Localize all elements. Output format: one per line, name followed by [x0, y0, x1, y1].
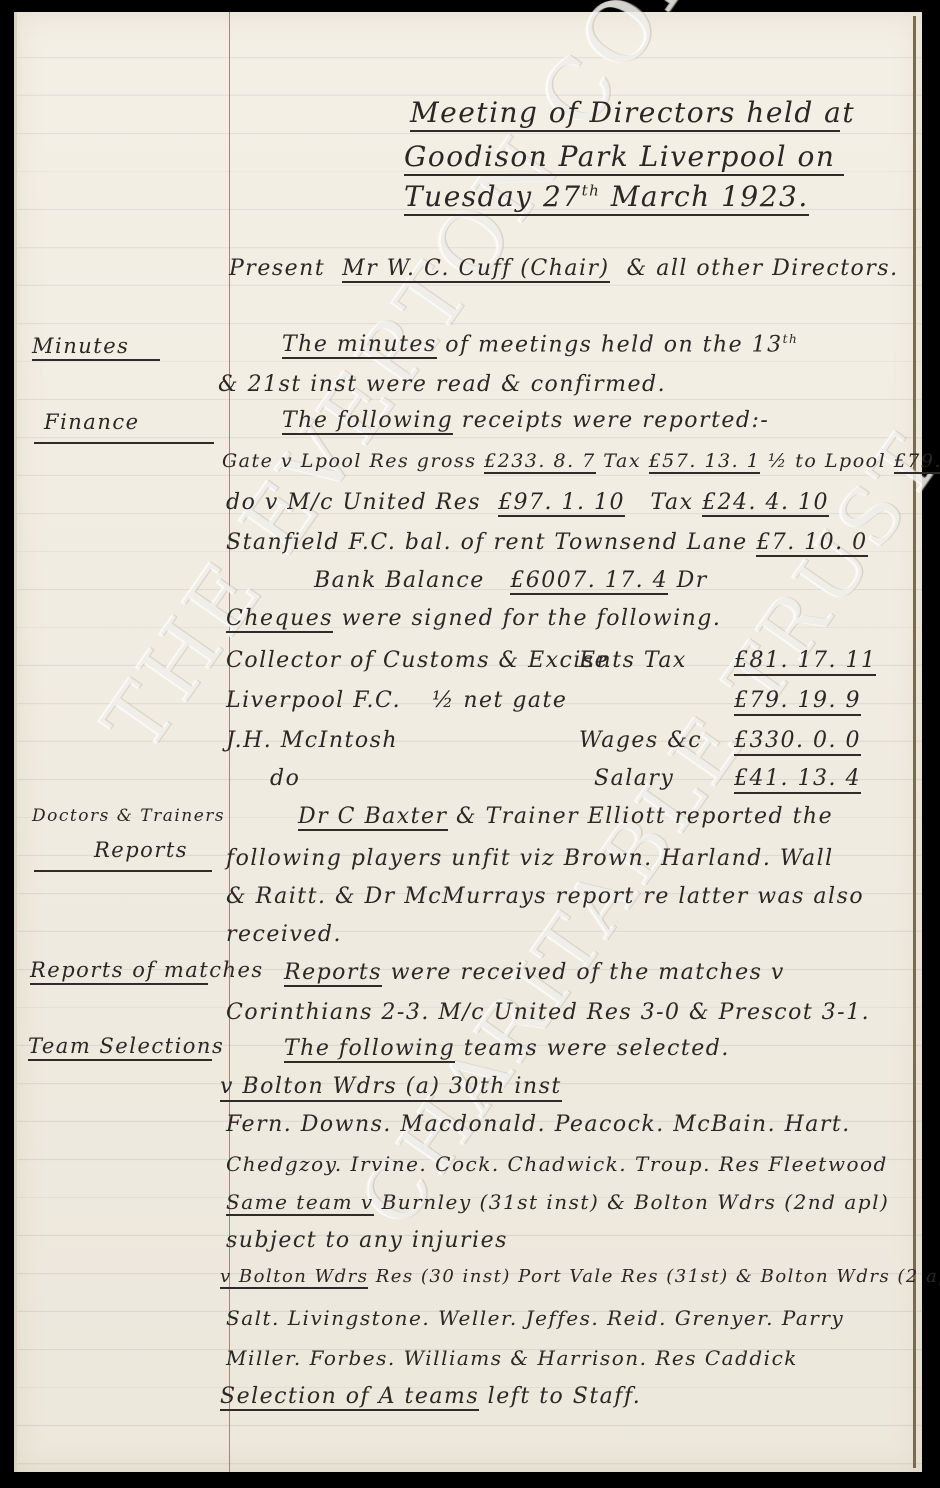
receipt-tax-label: Tax: [603, 450, 641, 472]
a-team-line: Selection of A teams left to Staff.: [220, 1384, 641, 1409]
first-team-line-2: Chedgzoy. Irvine. Cock. Chadwick. Troup.…: [226, 1152, 888, 1176]
margin-label-finance: Finance: [44, 410, 140, 434]
receipt-extra-label: ½ to Lpool: [768, 450, 886, 472]
receipt-text: Stanfield F.C. bal. of rent Townsend Lan…: [226, 530, 748, 555]
receipt-row: do v M/c United Res £97. 1. 10 Tax £24. …: [226, 490, 829, 515]
margin-label-doctors-reports: Reports: [94, 838, 188, 862]
cheque-purpose: Wages &c: [579, 728, 702, 753]
doctors-line-1-rest: & Trainer Elliott reported the: [456, 804, 833, 829]
present-chair: Mr W. C. Cuff (Chair): [342, 256, 609, 283]
bank-balance-amount: £6007. 17. 4: [510, 568, 668, 595]
margin-label-doctors-underline: [34, 870, 212, 872]
matches-results: Corinthians 2-3. M/c United Res 3-0 & Pr…: [226, 1000, 870, 1025]
heading-day: Tuesday 27: [404, 180, 582, 213]
heading-line-3: Tuesday 27th March 1923.: [404, 180, 809, 216]
cheque-payee: Collector of Customs & Excise: [226, 648, 609, 673]
receipt-amount: £233. 8. 7: [484, 450, 596, 474]
reserves-fixture-lead: v Bolton Wdrs: [220, 1266, 368, 1289]
margin-label-matches: Reports of matches: [30, 958, 208, 985]
minutes-line-1-rest: of meetings held on the 13: [445, 332, 782, 357]
minutes-line-2: & 21st inst were read & confirmed.: [218, 372, 666, 397]
receipt-amount: £7. 10. 0: [756, 530, 867, 557]
cheque-payee: Liverpool F.C.: [226, 688, 401, 713]
doctors-line-4: received.: [226, 922, 342, 947]
minutes-lead: The minutes: [282, 332, 437, 359]
reserves-line-1: Salt. Livingstone. Weller. Jeffes. Reid.…: [226, 1306, 844, 1330]
minute-book-page: THE EVERTON COLLECTION CHARITABLE TRUST …: [14, 12, 922, 1472]
team-intro: The following teams were selected.: [284, 1036, 730, 1061]
receipt-row: Gate v Lpool Res gross £233. 8. 7 Tax £5…: [222, 450, 940, 472]
page-right-edge: [913, 16, 916, 1468]
same-team-rest: Burnley (31st inst) & Bolton Wdrs (2nd a…: [382, 1190, 890, 1214]
margin-label-finance-underline: [34, 442, 214, 444]
finance-intro-lead: The following: [282, 408, 453, 435]
heading-day-suffix: th: [582, 182, 601, 200]
heading-line-1: Meeting of Directors held at: [410, 96, 840, 132]
cheque-amount: £81. 17. 11: [734, 648, 876, 676]
doctors-line-1: Dr C Baxter & Trainer Elliott reported t…: [298, 804, 833, 829]
reserves-fixture-rest: Res (30 inst) Port Vale Res (31st) & Bol…: [376, 1266, 940, 1287]
cheque-amount: £41. 13. 4: [734, 766, 861, 794]
team-intro-rest: teams were selected.: [464, 1036, 730, 1061]
receipt-tax: £57. 13. 1: [649, 450, 761, 474]
cheque-payee: J.H. McIntosh: [226, 728, 398, 753]
page-left-edge: [14, 12, 17, 1472]
finance-intro: The following receipts were reported:-: [282, 408, 769, 433]
receipt-text: Gate v Lpool Res gross: [222, 450, 477, 472]
cheques-intro-rest: were signed for the following.: [342, 606, 722, 631]
receipt-extra: £79. 19. 9: [894, 450, 940, 474]
receipt-text: do v M/c United Res: [226, 490, 481, 515]
same-team-line: Same team v Burnley (31st inst) & Bolton…: [226, 1190, 889, 1214]
present-prefix: Present: [229, 256, 325, 281]
bank-balance-line: Bank Balance £6007. 17. 4 Dr: [314, 568, 708, 593]
finance-intro-rest: receipts were reported:-: [462, 408, 770, 433]
doctors-lead: Dr C Baxter: [298, 804, 448, 831]
receipt-amount: £97. 1. 10: [498, 490, 625, 517]
cheques-lead: Cheques: [226, 606, 333, 633]
a-team-rest: left to Staff.: [488, 1384, 642, 1409]
doctors-line-3: & Raitt. & Dr McMurrays report re latter…: [226, 884, 864, 909]
doctors-line-2: following players unfit viz Brown. Harla…: [226, 846, 834, 871]
matches-lead: Reports: [284, 960, 382, 987]
matches-line-1-rest: were received of the matches v: [391, 960, 785, 985]
margin-label-minutes: Minutes: [32, 334, 160, 361]
first-team-line-1: Fern. Downs. Macdonald. Peacock. McBain.…: [226, 1112, 851, 1137]
heading-line-2: Goodison Park Liverpool on: [404, 140, 844, 176]
minutes-date-suffix: th: [783, 332, 799, 346]
subject-to-injuries: subject to any injuries: [226, 1228, 508, 1253]
cheque-payee: do: [270, 766, 300, 791]
team-intro-lead: The following: [284, 1036, 455, 1063]
first-team-fixture: v Bolton Wdrs (a) 30th inst: [220, 1074, 562, 1102]
cheque-amount: £79. 19. 9: [734, 688, 861, 716]
present-line: Present Mr W. C. Cuff (Chair) & all othe…: [229, 256, 899, 281]
a-team-lead: Selection of A teams: [220, 1384, 479, 1411]
cheques-intro: Cheques were signed for the following.: [226, 606, 721, 631]
margin-label-doctors: Doctors & Trainers: [32, 806, 225, 826]
receipt-tax-label: Tax: [651, 490, 694, 515]
receipt-tax: £24. 4. 10: [702, 490, 829, 517]
cheque-purpose: ½ net gate: [432, 688, 567, 713]
heading-month-year: March 1923.: [611, 180, 809, 213]
minutes-line-1: The minutes of meetings held on the 13th: [282, 332, 798, 357]
same-team-lead: Same team v: [226, 1190, 374, 1216]
reserves-fixture-line: v Bolton Wdrs Res (30 inst) Port Vale Re…: [220, 1266, 940, 1287]
matches-line-1: Reports were received of the matches v: [284, 960, 785, 985]
margin-label-team-selections: Team Selections: [28, 1034, 212, 1061]
reserves-line-2: Miller. Forbes. Williams & Harrison. Res…: [226, 1346, 798, 1370]
bank-balance-suffix: Dr: [677, 568, 708, 593]
present-suffix: & all other Directors.: [627, 256, 899, 281]
receipt-row: Stanfield F.C. bal. of rent Townsend Lan…: [226, 530, 868, 555]
cheque-amount: £330. 0. 0: [734, 728, 861, 756]
cheque-purpose: Salary: [594, 766, 674, 791]
bank-balance-label: Bank Balance: [314, 568, 485, 593]
cheque-purpose: Ents Tax: [579, 648, 687, 673]
